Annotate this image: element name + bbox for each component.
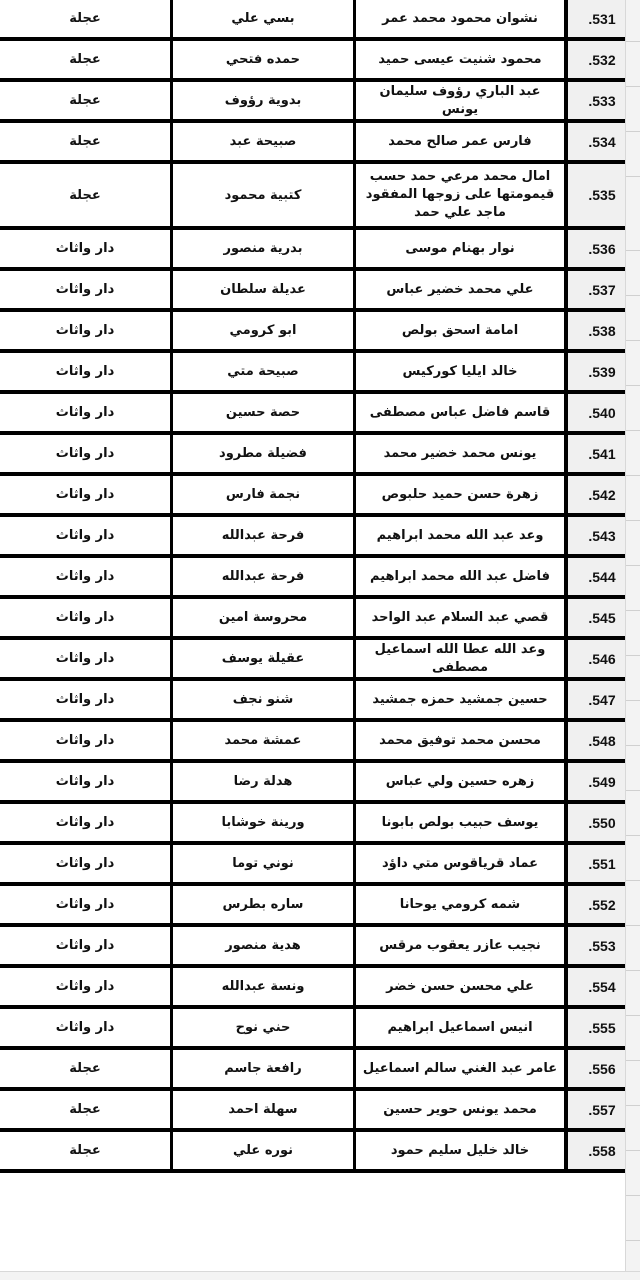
row-divider xyxy=(626,1150,640,1151)
compensation-table: عجلة بسي علي نشوان محمود محمد عمر .531 ع… xyxy=(0,0,636,1173)
mother-name-cell[interactable]: ابو كرومي xyxy=(172,310,355,351)
bottom-edge xyxy=(0,1271,640,1280)
compensation-type-cell[interactable]: دار واثاث xyxy=(0,515,172,556)
table-row: دار واثاث عمشة محمد محسن محمد توفيق محمد… xyxy=(0,720,636,761)
table-row: دار واثاث محروسة امين قصي عبد السلام عبد… xyxy=(0,597,636,638)
mother-name-cell[interactable]: فرحة عبدالله xyxy=(172,515,355,556)
mother-name-cell[interactable]: ونسة عبدالله xyxy=(172,966,355,1007)
compensation-type-cell[interactable]: عجلة xyxy=(0,1048,172,1089)
row-divider xyxy=(626,41,640,42)
row-header-strip xyxy=(625,0,640,1280)
row-divider xyxy=(626,1195,640,1196)
full-name-cell[interactable]: علي محسن حسن خضر xyxy=(355,966,567,1007)
mother-name-cell[interactable]: بسي علي xyxy=(172,0,355,39)
compensation-type-cell[interactable]: دار واثاث xyxy=(0,228,172,269)
row-divider xyxy=(626,1060,640,1061)
full-name-cell[interactable]: محسن محمد توفيق محمد xyxy=(355,720,567,761)
row-divider xyxy=(626,250,640,251)
full-name-cell[interactable]: خالد ايليا كوركيس xyxy=(355,351,567,392)
mother-name-cell[interactable]: عقيلة يوسف xyxy=(172,638,355,679)
compensation-type-cell[interactable]: دار واثاث xyxy=(0,679,172,720)
row-divider xyxy=(626,86,640,87)
full-name-cell[interactable]: شمه كرومي يوحانا xyxy=(355,884,567,925)
mother-name-cell[interactable]: كتبية محمود xyxy=(172,162,355,228)
compensation-type-cell[interactable]: دار واثاث xyxy=(0,638,172,679)
full-name-cell[interactable]: امامة اسحق بولص xyxy=(355,310,567,351)
mother-name-cell[interactable]: هدية منصور xyxy=(172,925,355,966)
compensation-type-cell[interactable]: دار واثاث xyxy=(0,843,172,884)
table-row: دار واثاث شنو نجف حسين جمشيد حمزه جمشيد … xyxy=(0,679,636,720)
mother-name-cell[interactable]: هدلة رضا xyxy=(172,761,355,802)
table-row: دار واثاث فرحة عبدالله وعد عبد الله محمد… xyxy=(0,515,636,556)
mother-name-cell[interactable]: بدرية منصور xyxy=(172,228,355,269)
mother-name-cell[interactable]: نجمة فارس xyxy=(172,474,355,515)
row-divider xyxy=(626,700,640,701)
row-divider xyxy=(626,835,640,836)
table-row: دار واثاث نجمة فارس زهرة حسن حميد حلبوص … xyxy=(0,474,636,515)
compensation-type-cell[interactable]: عجلة xyxy=(0,1130,172,1171)
table-row: دار واثاث ابو كرومي امامة اسحق بولص .538 xyxy=(0,310,636,351)
row-divider xyxy=(626,475,640,476)
table-body: عجلة بسي علي نشوان محمود محمد عمر .531 ع… xyxy=(0,0,636,1171)
compensation-type-cell[interactable]: دار واثاث xyxy=(0,392,172,433)
table-row: دار واثاث فضيلة مطرود يونس محمد خضير محم… xyxy=(0,433,636,474)
row-divider xyxy=(626,176,640,177)
compensation-type-cell[interactable]: دار واثاث xyxy=(0,925,172,966)
compensation-type-cell[interactable]: دار واثاث xyxy=(0,474,172,515)
mother-name-cell[interactable]: صبيحة متي xyxy=(172,351,355,392)
full-name-cell[interactable]: فاضل عبد الله محمد ابراهيم xyxy=(355,556,567,597)
compensation-type-cell[interactable]: دار واثاث xyxy=(0,884,172,925)
row-divider xyxy=(626,970,640,971)
compensation-type-cell[interactable]: دار واثاث xyxy=(0,556,172,597)
mother-name-cell[interactable]: رافعة جاسم xyxy=(172,1048,355,1089)
mother-name-cell[interactable]: نوني توما xyxy=(172,843,355,884)
full-name-cell[interactable]: علي محمد خضير عباس xyxy=(355,269,567,310)
full-name-cell[interactable]: حسين جمشيد حمزه جمشيد xyxy=(355,679,567,720)
compensation-type-cell[interactable]: عجلة xyxy=(0,80,172,121)
mother-name-cell[interactable]: شنو نجف xyxy=(172,679,355,720)
full-name-cell[interactable]: محمد يونس حوير حسين xyxy=(355,1089,567,1130)
row-divider xyxy=(626,745,640,746)
table-row: دار واثاث حني نوح انيس اسماعيل ابراهيم .… xyxy=(0,1007,636,1048)
spreadsheet-sheet: عجلة بسي علي نشوان محمود محمد عمر .531 ع… xyxy=(0,0,640,1173)
row-divider xyxy=(626,295,640,296)
mother-name-cell[interactable]: حمده فتحي xyxy=(172,39,355,80)
table-row: دار واثاث عديلة سلطان علي محمد خضير عباس… xyxy=(0,269,636,310)
compensation-type-cell[interactable]: دار واثاث xyxy=(0,433,172,474)
row-divider xyxy=(626,925,640,926)
compensation-type-cell[interactable]: دار واثاث xyxy=(0,269,172,310)
full-name-cell[interactable]: امال محمد مرعي حمد حسب قيمومتها على زوجه… xyxy=(355,162,567,228)
row-divider xyxy=(626,385,640,386)
compensation-type-cell[interactable]: دار واثاث xyxy=(0,720,172,761)
full-name-cell[interactable]: نجيب عازر يعقوب مرقس xyxy=(355,925,567,966)
table-row: عجلة نوره علي خالد خليل سليم حمود .558 xyxy=(0,1130,636,1171)
compensation-type-cell[interactable]: عجلة xyxy=(0,162,172,228)
mother-name-cell[interactable]: عمشة محمد xyxy=(172,720,355,761)
row-divider xyxy=(626,790,640,791)
mother-name-cell[interactable]: حصة حسين xyxy=(172,392,355,433)
mother-name-cell[interactable]: فضيلة مطرود xyxy=(172,433,355,474)
mother-name-cell[interactable]: نوره علي xyxy=(172,1130,355,1171)
full-name-cell[interactable]: وعد عبد الله محمد ابراهيم xyxy=(355,515,567,556)
row-divider xyxy=(626,1015,640,1016)
row-divider xyxy=(626,430,640,431)
compensation-type-cell[interactable]: عجلة xyxy=(0,39,172,80)
full-name-cell[interactable]: عامر عبد الغني سالم اسماعيل xyxy=(355,1048,567,1089)
table-row: دار واثاث هدلة رضا زهره حسين ولي عباس .5… xyxy=(0,761,636,802)
full-name-cell[interactable]: زهره حسين ولي عباس xyxy=(355,761,567,802)
row-divider xyxy=(626,520,640,521)
compensation-type-cell[interactable]: دار واثاث xyxy=(0,966,172,1007)
full-name-cell[interactable]: قصي عبد السلام عبد الواحد xyxy=(355,597,567,638)
compensation-type-cell[interactable]: عجلة xyxy=(0,1089,172,1130)
table-row: دار واثاث بدرية منصور نوار بهنام موسى .5… xyxy=(0,228,636,269)
compensation-type-cell[interactable]: دار واثاث xyxy=(0,597,172,638)
row-divider xyxy=(626,1240,640,1241)
full-name-cell[interactable]: نشوان محمود محمد عمر xyxy=(355,0,567,39)
row-divider xyxy=(626,131,640,132)
compensation-type-cell[interactable]: عجلة xyxy=(0,0,172,39)
full-name-cell[interactable]: محمود شنيت عيسى حميد xyxy=(355,39,567,80)
mother-name-cell[interactable]: عديلة سلطان xyxy=(172,269,355,310)
table-row: دار واثاث هدية منصور نجيب عازر يعقوب مرق… xyxy=(0,925,636,966)
table-row: عجلة رافعة جاسم عامر عبد الغني سالم اسما… xyxy=(0,1048,636,1089)
full-name-cell[interactable]: يوسف حبيب بولص بابونا xyxy=(355,802,567,843)
row-divider xyxy=(626,610,640,611)
compensation-type-cell[interactable]: عجلة xyxy=(0,121,172,162)
mother-name-cell[interactable]: سهلة احمد xyxy=(172,1089,355,1130)
full-name-cell[interactable]: خالد خليل سليم حمود xyxy=(355,1130,567,1171)
table-row: عجلة بدوية رؤوف عبد الباري رؤوف سليمان ي… xyxy=(0,80,636,121)
full-name-cell[interactable]: عبد الباري رؤوف سليمان يونس xyxy=(355,80,567,121)
table-row: دار واثاث ساره بطرس شمه كرومي يوحانا .55… xyxy=(0,884,636,925)
row-divider xyxy=(626,565,640,566)
row-divider xyxy=(626,655,640,656)
full-name-cell[interactable]: وعد الله عطا الله اسماعيل مصطفى xyxy=(355,638,567,679)
table-row: عجلة سهلة احمد محمد يونس حوير حسين .557 xyxy=(0,1089,636,1130)
table-row: دار واثاث عقيلة يوسف وعد الله عطا الله ا… xyxy=(0,638,636,679)
mother-name-cell[interactable]: بدوية رؤوف xyxy=(172,80,355,121)
table-row: دار واثاث صبيحة متي خالد ايليا كوركيس .5… xyxy=(0,351,636,392)
full-name-cell[interactable]: عماد قرياقوس متي داؤد xyxy=(355,843,567,884)
row-divider xyxy=(626,340,640,341)
table-row: دار واثاث نوني توما عماد قرياقوس متي داؤ… xyxy=(0,843,636,884)
mother-name-cell[interactable]: فرحة عبدالله xyxy=(172,556,355,597)
table-row: عجلة صبيحة عبد فارس عمر صالح محمد .534 xyxy=(0,121,636,162)
full-name-cell[interactable]: يونس محمد خضير محمد xyxy=(355,433,567,474)
compensation-type-cell[interactable]: دار واثاث xyxy=(0,761,172,802)
mother-name-cell[interactable]: ساره بطرس xyxy=(172,884,355,925)
table-row: دار واثاث ورينة خوشابا يوسف حبيب بولص با… xyxy=(0,802,636,843)
table-row: عجلة كتبية محمود امال محمد مرعي حمد حسب … xyxy=(0,162,636,228)
full-name-cell[interactable]: زهرة حسن حميد حلبوص xyxy=(355,474,567,515)
mother-name-cell[interactable]: محروسة امين xyxy=(172,597,355,638)
table-row: دار واثاث حصة حسين قاسم فاضل عباس مصطفى … xyxy=(0,392,636,433)
compensation-type-cell[interactable]: دار واثاث xyxy=(0,351,172,392)
compensation-type-cell[interactable]: دار واثاث xyxy=(0,1007,172,1048)
full-name-cell[interactable]: فارس عمر صالح محمد xyxy=(355,121,567,162)
table-row: عجلة بسي علي نشوان محمود محمد عمر .531 xyxy=(0,0,636,39)
compensation-type-cell[interactable]: دار واثاث xyxy=(0,310,172,351)
full-name-cell[interactable]: انيس اسماعيل ابراهيم xyxy=(355,1007,567,1048)
table-row: دار واثاث ونسة عبدالله علي محسن حسن خضر … xyxy=(0,966,636,1007)
row-divider xyxy=(626,1105,640,1106)
row-divider xyxy=(626,880,640,881)
full-name-cell[interactable]: قاسم فاضل عباس مصطفى xyxy=(355,392,567,433)
table-row: عجلة حمده فتحي محمود شنيت عيسى حميد .532 xyxy=(0,39,636,80)
mother-name-cell[interactable]: ورينة خوشابا xyxy=(172,802,355,843)
table-row: دار واثاث فرحة عبدالله فاضل عبد الله محم… xyxy=(0,556,636,597)
full-name-cell[interactable]: نوار بهنام موسى xyxy=(355,228,567,269)
compensation-type-cell[interactable]: دار واثاث xyxy=(0,802,172,843)
mother-name-cell[interactable]: حني نوح xyxy=(172,1007,355,1048)
mother-name-cell[interactable]: صبيحة عبد xyxy=(172,121,355,162)
